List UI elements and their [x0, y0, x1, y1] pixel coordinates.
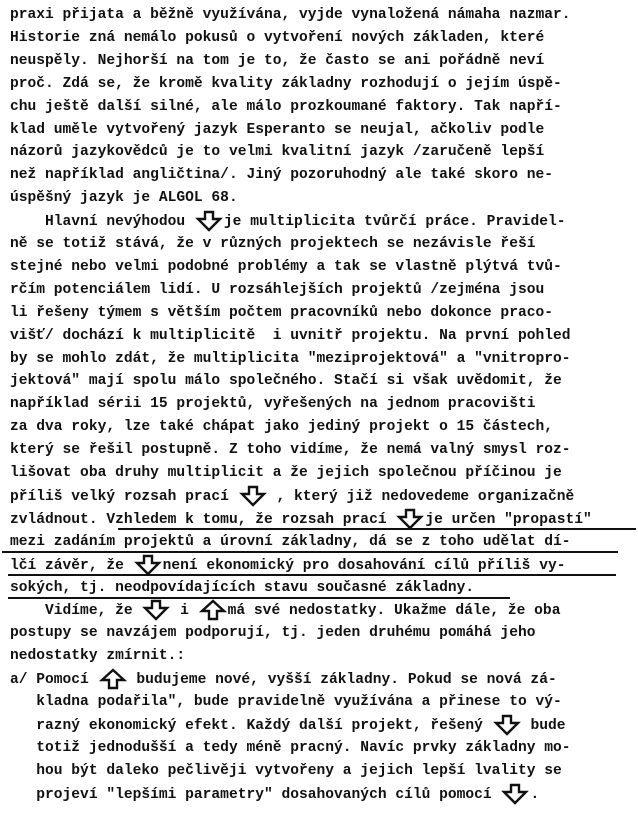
text-segment: nedostatky zmírnit.: — [10, 648, 185, 664]
down-arrow-icon — [239, 485, 267, 505]
text-line: názorů jazykovědců je to velmi kvalitní … — [10, 141, 544, 163]
text-line: stejné nebo velmi podobné problémy a tak… — [10, 256, 562, 278]
up-arrow-icon — [199, 599, 227, 619]
text-line: totiž jednodušší a tedy méně pracný. Nav… — [10, 737, 571, 759]
underline-mark — [2, 551, 618, 553]
text-segment: , který již nedovedeme organizačně — [268, 489, 575, 505]
text-segment: razný ekonomický efekt. Každý další proj… — [10, 718, 492, 734]
text-line: projeví "lepšími parametry" dosahovaných… — [10, 783, 539, 805]
text-line: rčím potenciálem lidí. U rozsáhlejších p… — [10, 279, 544, 301]
text-line: a/ Pomocí budujeme nové, vyšší základny.… — [10, 668, 557, 690]
text-line: Hlavní nevýhodou je multiplicita tvůrčí … — [10, 210, 565, 232]
text-segment: ně se totiž stává, že v různých projekte… — [10, 236, 535, 252]
text-segment: projeví "lepšími parametry" dosahovaných… — [10, 787, 500, 803]
down-arrow-icon — [195, 210, 223, 230]
text-line: za dva roky, lze také chápat jako jediný… — [10, 416, 553, 438]
down-arrow-icon — [134, 554, 162, 574]
text-line: zvládnout. Vzhledem k tomu, že rozsah pr… — [10, 508, 592, 530]
typewritten-page: praxi přijata a běžně využívána, vyjde v… — [0, 0, 638, 816]
text-line: lišovat oba druhy multiplicit a že jejic… — [10, 462, 562, 484]
text-segment: lčí závěr, že — [10, 558, 133, 574]
text-line: příliš velký rozsah prací , který již ne… — [10, 485, 574, 507]
text-line: hou být daleko pečlivěji vytvořeny a jej… — [10, 760, 562, 782]
text-line: úspěšný jazyk je ALGOL 68. — [10, 187, 238, 209]
text-segment: jektová" mají spolu málo společného. Sta… — [10, 373, 562, 389]
text-line: klad uměle vytvořený jazyk Esperanto se … — [10, 119, 544, 141]
text-segment: by se mohlo zdát, že multiplicita "mezip… — [10, 351, 571, 367]
text-line: Historie zná nemálo pokusů o vytvoření n… — [10, 27, 544, 49]
text-line: li řešeny týmem s větším počtem pracovní… — [10, 302, 553, 324]
text-line: sokých, tj. neodpovídajících stavu souča… — [10, 577, 474, 599]
text-segment: lišovat oba druhy multiplicit a že jejic… — [10, 465, 562, 481]
text-line: kladna podařila", bude pravidelně využív… — [10, 691, 562, 713]
text-segment: postupy se navzájem podporují, tj. jeden… — [10, 625, 535, 641]
text-line: nedostatky zmírnit.: — [10, 645, 185, 667]
down-arrow-icon — [493, 714, 521, 734]
text-segment: je multiplicita tvůrčí práce. Pravidel- — [224, 214, 566, 230]
text-segment: úspěšný jazyk je ALGOL 68. — [10, 190, 238, 206]
text-segment: i — [171, 603, 197, 619]
text-segment: . — [530, 787, 539, 803]
text-segment: budujeme nové, vyšší základny. Pokud se … — [128, 672, 557, 688]
underline-mark — [8, 597, 510, 599]
text-segment: a/ Pomocí — [10, 672, 98, 688]
text-line: praxi přijata a běžně využívána, vyjde v… — [10, 4, 571, 26]
text-segment: hou být daleko pečlivěji vytvořeny a jej… — [10, 763, 562, 779]
text-line: mezi zadáním projektů a úrovní základny,… — [10, 531, 571, 553]
text-line: by se mohlo zdát, že multiplicita "mezip… — [10, 348, 571, 370]
text-line: neuspěly. Nejhorší na tom je to, že čast… — [10, 50, 544, 72]
text-line: razný ekonomický efekt. Každý další proj… — [10, 714, 565, 736]
text-segment: rčím potenciálem lidí. U rozsáhlejších p… — [10, 282, 544, 298]
text-line: višť/ dochází k multiplicitě i uvnitř pr… — [10, 325, 571, 347]
text-segment: Vidíme, že — [10, 603, 141, 619]
up-arrow-icon — [99, 668, 127, 688]
text-segment: višť/ dochází k multiplicitě i uvnitř pr… — [10, 328, 571, 344]
text-segment: příliš velký rozsah prací — [10, 489, 238, 505]
text-segment: není ekonomický pro dosahování cílů příl… — [163, 558, 566, 574]
underline-mark — [118, 528, 636, 530]
text-segment: praxi přijata a běžně využívána, vyjde v… — [10, 7, 571, 23]
text-segment: Historie zná nemálo pokusů o vytvoření n… — [10, 30, 544, 46]
text-segment: sokých, tj. neodpovídajících stavu souča… — [10, 580, 474, 596]
text-segment: li řešeny týmem s větším počtem pracovní… — [10, 305, 553, 321]
text-segment: je určen "propastí" — [425, 512, 591, 528]
underline-mark — [8, 574, 616, 576]
text-line: postupy se navzájem podporují, tj. jeden… — [10, 622, 535, 644]
text-segment: klad uměle vytvořený jazyk Esperanto se … — [10, 122, 544, 138]
down-arrow-icon — [142, 599, 170, 619]
down-arrow-icon — [396, 508, 424, 528]
text-segment: má své nedostatky. Ukažme dále, že oba — [228, 603, 561, 619]
text-line: lčí závěr, že není ekonomický pro dosaho… — [10, 554, 565, 576]
text-segment: za dva roky, lze také chápat jako jediný… — [10, 419, 553, 435]
text-segment: neuspěly. Nejhorší na tom je to, že čast… — [10, 53, 544, 69]
text-segment: bude — [522, 718, 566, 734]
text-segment: kladna podařila", bude pravidelně využív… — [10, 694, 562, 710]
text-segment: Hlavní nevýhodou — [10, 214, 194, 230]
text-line: který se řešil postupně. Z toho vidíme, … — [10, 439, 571, 461]
text-line: než například angličtina/. Jiný pozoruho… — [10, 164, 553, 186]
text-segment: chu ještě další silné, ale málo prozkoum… — [10, 99, 562, 115]
text-line: chu ještě další silné, ale málo prozkoum… — [10, 96, 562, 118]
text-segment: stejné nebo velmi podobné problémy a tak… — [10, 259, 562, 275]
down-arrow-icon — [501, 783, 529, 803]
text-segment: mezi zadáním projektů a úrovní základny,… — [10, 534, 571, 550]
text-line: proč. Zdá se, že kromě kvality základny … — [10, 73, 562, 95]
text-segment: který se řešil postupně. Z toho vidíme, … — [10, 442, 571, 458]
text-segment: proč. Zdá se, že kromě kvality základny … — [10, 76, 562, 92]
text-segment: například sérii 15 projektů, vyřešených … — [10, 396, 535, 412]
text-segment: zvládnout. Vzhledem k tomu, že rozsah pr… — [10, 512, 395, 528]
text-line: Vidíme, že i má své nedostatky. Ukažme d… — [10, 599, 560, 621]
text-segment: názorů jazykovědců je to velmi kvalitní … — [10, 144, 544, 160]
text-line: ně se totiž stává, že v různých projekte… — [10, 233, 535, 255]
text-segment: totiž jednodušší a tedy méně pracný. Nav… — [10, 740, 571, 756]
text-line: jektová" mají spolu málo společného. Sta… — [10, 370, 562, 392]
text-segment: než například angličtina/. Jiný pozoruho… — [10, 167, 553, 183]
text-line: například sérii 15 projektů, vyřešených … — [10, 393, 535, 415]
